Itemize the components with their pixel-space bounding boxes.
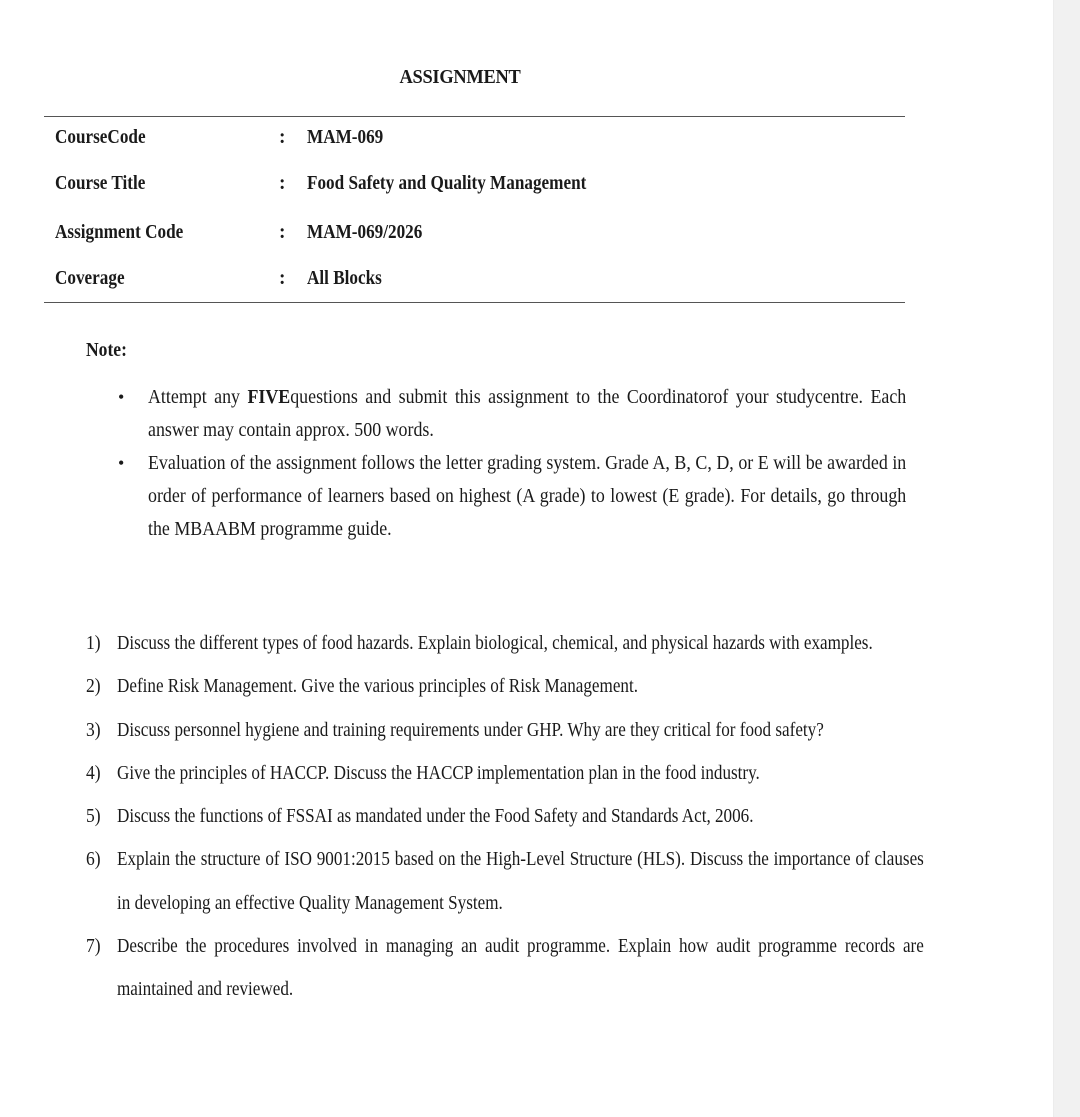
question-item: 1) Discuss the different types of food h… [86,622,926,665]
question-number: 4) [86,752,101,795]
question-text: Discuss personnel hygiene and training r… [117,709,924,752]
note-text-part: Attempt any [148,387,247,408]
question-list: 1) Discuss the different types of food h… [86,622,926,1012]
document-page: ASSIGNMENT CourseCode : MAM-069 Course T… [0,0,1053,1117]
question-text: Explain the structure of ISO 9001:2015 b… [117,838,924,925]
question-number: 7) [86,925,101,968]
bullet-icon: • [118,381,124,414]
header-top-rule [44,116,905,117]
question-number: 1) [86,622,101,665]
header-bottom-rule [44,302,905,303]
meta-value: MAM-069/2026 [307,220,422,246]
note-emphasis: FIVE [247,387,290,408]
question-text: Discuss the different types of food haza… [117,622,924,665]
document-title: ASSIGNMENT [37,66,883,89]
question-number: 5) [86,795,101,838]
meta-separator: : [279,171,286,197]
question-number: 3) [86,709,101,752]
viewer-side-panel [1053,0,1080,1117]
question-item: 4) Give the principles of HACCP. Discuss… [86,752,926,795]
meta-value: All Blocks [307,266,382,292]
meta-value: MAM-069 [307,125,383,151]
question-text: Define Risk Management. Give the various… [117,665,924,708]
note-item: • Attempt any FIVEquestions and submit t… [148,381,906,447]
question-item: 2) Define Risk Management. Give the vari… [86,665,926,708]
meta-label: Course Title [55,171,145,197]
bullet-icon: • [118,447,124,480]
meta-separator: : [279,266,286,292]
meta-separator: : [279,220,286,246]
note-text: Attempt any FIVEquestions and submit thi… [148,381,906,447]
note-text-part: Evaluation of the assignment follows the… [148,453,906,540]
note-list: • Attempt any FIVEquestions and submit t… [148,381,906,546]
question-text: Give the principles of HACCP. Discuss th… [117,752,924,795]
meta-label: CourseCode [55,125,146,151]
question-item: 6) Explain the structure of ISO 9001:201… [86,838,926,925]
meta-value: Food Safety and Quality Management [307,171,586,197]
note-text: Evaluation of the assignment follows the… [148,447,906,546]
question-item: 3) Discuss personnel hygiene and trainin… [86,709,926,752]
question-item: 5) Discuss the functions of FSSAI as man… [86,795,926,838]
question-text: Describe the procedures involved in mana… [117,925,924,1012]
question-number: 2) [86,665,101,708]
question-number: 6) [86,838,101,881]
note-item: • Evaluation of the assignment follows t… [148,447,906,546]
meta-label: Assignment Code [55,220,183,246]
meta-label: Coverage [55,266,125,292]
question-item: 7) Describe the procedures involved in m… [86,925,926,1012]
question-text: Discuss the functions of FSSAI as mandat… [117,795,924,838]
note-heading: Note: [86,340,127,362]
meta-separator: : [279,125,286,151]
